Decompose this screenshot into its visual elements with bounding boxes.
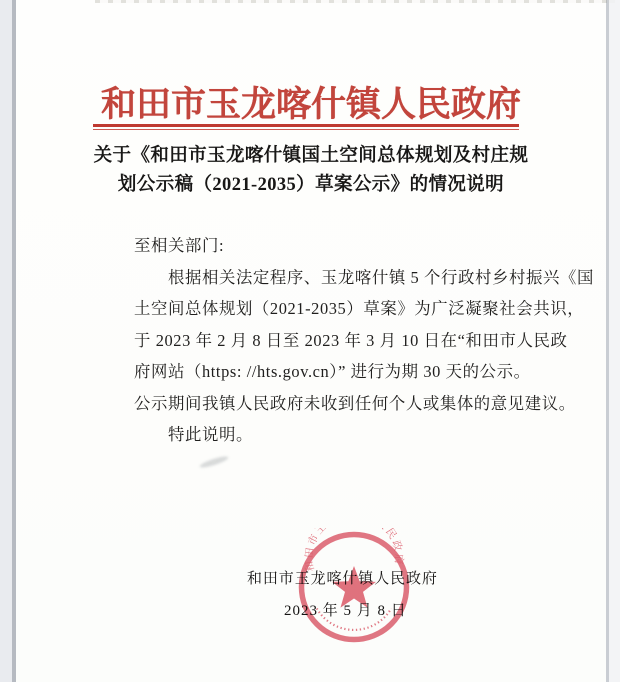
letterhead-org-name: 和田市玉龙喀什镇人民政府 <box>16 77 606 127</box>
document-title-line2: 划公示稿（2021-2035）草案公示》的情况说明 <box>60 171 562 200</box>
letterhead-rule-thick <box>93 124 519 127</box>
body-paragraph-line: 根据相关法定程序、玉龙喀什镇 5 个行政村乡村振兴《国 <box>134 262 586 294</box>
scan-edge-top <box>95 0 615 3</box>
body-paragraph-line: 府网站（https: //hts.gov.cn）” 进行为期 30 天的公示。 <box>134 356 586 388</box>
body-paragraph-line: 公示期间我镇人民政府未收到任何个人或集体的意见建议。 <box>134 388 586 420</box>
closing-line: 特此说明。 <box>134 419 586 451</box>
official-seal: 和田市玉龙喀什镇人民政府 <box>295 528 415 648</box>
scan-edge-left-outer <box>0 0 12 682</box>
body-paragraph-line: 土空间总体规划（2021-2035）草案》为广泛凝聚社会共识， <box>134 293 586 325</box>
scanned-document: 和田市玉龙喀什镇人民政府 关于《和田市玉龙喀什镇国土空间总体规划及村庄规 划公示… <box>0 0 620 682</box>
seal-star-icon <box>332 566 376 608</box>
salutation-line: 至相关部门: <box>134 230 586 262</box>
body-paragraph-line: 于 2023 年 2 月 8 日至 2023 年 3 月 10 日在“和田市人民… <box>134 325 586 357</box>
document-title: 关于《和田市玉龙喀什镇国土空间总体规划及村庄规 划公示稿（2021-2035）草… <box>60 142 562 200</box>
seal-serial-dotted-arc <box>317 609 391 630</box>
body-text: 至相关部门: 根据相关法定程序、玉龙喀什镇 5 个行政村乡村振兴《国 土空间总体… <box>134 230 586 451</box>
scan-edge-right-outer <box>609 0 620 682</box>
letterhead-rule-thin <box>93 129 519 130</box>
document-title-line1: 关于《和田市玉龙喀什镇国土空间总体规划及村庄规 <box>60 142 562 171</box>
